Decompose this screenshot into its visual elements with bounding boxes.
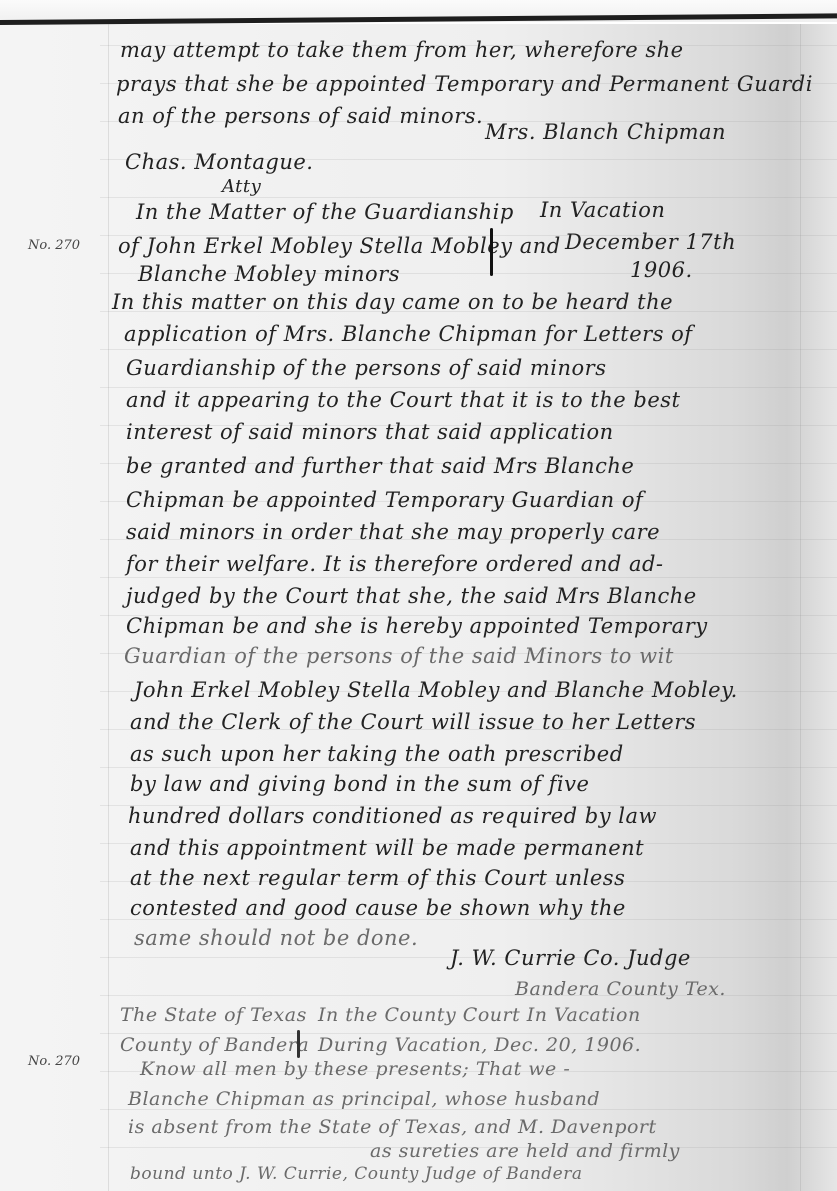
caption-left-line: Blanche Mobley minors (138, 262, 400, 286)
bond-caption-right: During Vacation, Dec. 20, 1906. (318, 1034, 641, 1056)
caption-right-line: 1906. (630, 258, 693, 282)
bond-caption-left: The State of Texas (120, 1004, 307, 1026)
petition-line: prays that she be appointed Temporary an… (116, 72, 813, 96)
order-body-line: In this matter on this day came on to be… (112, 290, 673, 314)
bond-caption-bracket (297, 1030, 300, 1058)
order-body-line: for their welfare. It is therefore order… (126, 552, 664, 576)
order-body-line: John Erkel Mobley Stella Mobley and Blan… (134, 678, 738, 702)
bond-caption-left: County of Bandera (120, 1034, 309, 1056)
petition-line: may attempt to take them from her, where… (120, 38, 684, 62)
order-body-line: said minors in order that she may proper… (126, 520, 660, 544)
order-body-line: contested and good cause be shown why th… (130, 896, 626, 920)
order-body-line: and the Clerk of the Court will issue to… (130, 710, 696, 734)
order-body-line: as such upon her taking the oath prescri… (130, 742, 624, 766)
caption-bracket (490, 228, 493, 276)
order-body-line: by law and giving bond in the sum of fiv… (130, 772, 589, 796)
caption-right-line: In Vacation (540, 198, 665, 222)
order-body-line: application of Mrs. Blanche Chipman for … (124, 322, 693, 346)
bond-body-line: Know all men by these presents; That we … (140, 1058, 570, 1080)
caption-left-line: of John Erkel Mobley Stella Mobley and (118, 234, 561, 258)
order-body-line: interest of said minors that said applic… (126, 420, 614, 444)
order-body-line: and it appearing to the Court that it is… (126, 388, 680, 412)
order-body-line: and this appointment will be made perman… (130, 836, 644, 860)
judge-county: Bandera County Tex. (515, 978, 726, 1000)
caption-left-line: In the Matter of the Guardianship (136, 200, 514, 224)
petitioner-signature: Mrs. Blanch Chipman (485, 120, 726, 144)
case-number: No. 270 (28, 238, 80, 253)
order-body-line: at the next regular term of this Court u… (130, 866, 625, 890)
order-body-line: Chipman be appointed Temporary Guardian … (126, 488, 643, 512)
caption-right-line: December 17th (565, 230, 736, 254)
bond-caption-right: In the County Court In Vacation (318, 1004, 641, 1026)
order-body-line: same should not be done. (134, 926, 418, 950)
order-body-line: Chipman be and she is hereby appointed T… (126, 614, 708, 638)
order-body-line: be granted and further that said Mrs Bla… (126, 454, 634, 478)
petition-line: an of the persons of said minors. (118, 104, 483, 128)
attorney-name: Chas. Montague. (125, 150, 313, 174)
bond-body-line: is absent from the State of Texas, and M… (128, 1116, 657, 1138)
bond-body-line: bound unto J. W. Currie, County Judge of… (130, 1164, 582, 1184)
order-body-line: hundred dollars conditioned as required … (128, 804, 657, 828)
judge-signature: J. W. Currie Co. Judge (450, 946, 691, 970)
attorney-title: Atty (222, 176, 261, 197)
case-number: No. 270 (28, 1054, 80, 1069)
bond-body-line: Blanche Chipman as principal, whose husb… (128, 1088, 600, 1110)
right-margin-rule (800, 24, 801, 1191)
order-body-line: judged by the Court that she, the said M… (126, 584, 697, 608)
left-margin-rule (108, 24, 109, 1191)
bond-body-line: as sureties are held and firmly (370, 1140, 680, 1162)
order-body-line: Guardianship of the persons of said mino… (126, 356, 607, 380)
order-body-line: Guardian of the persons of the said Mino… (124, 644, 674, 668)
